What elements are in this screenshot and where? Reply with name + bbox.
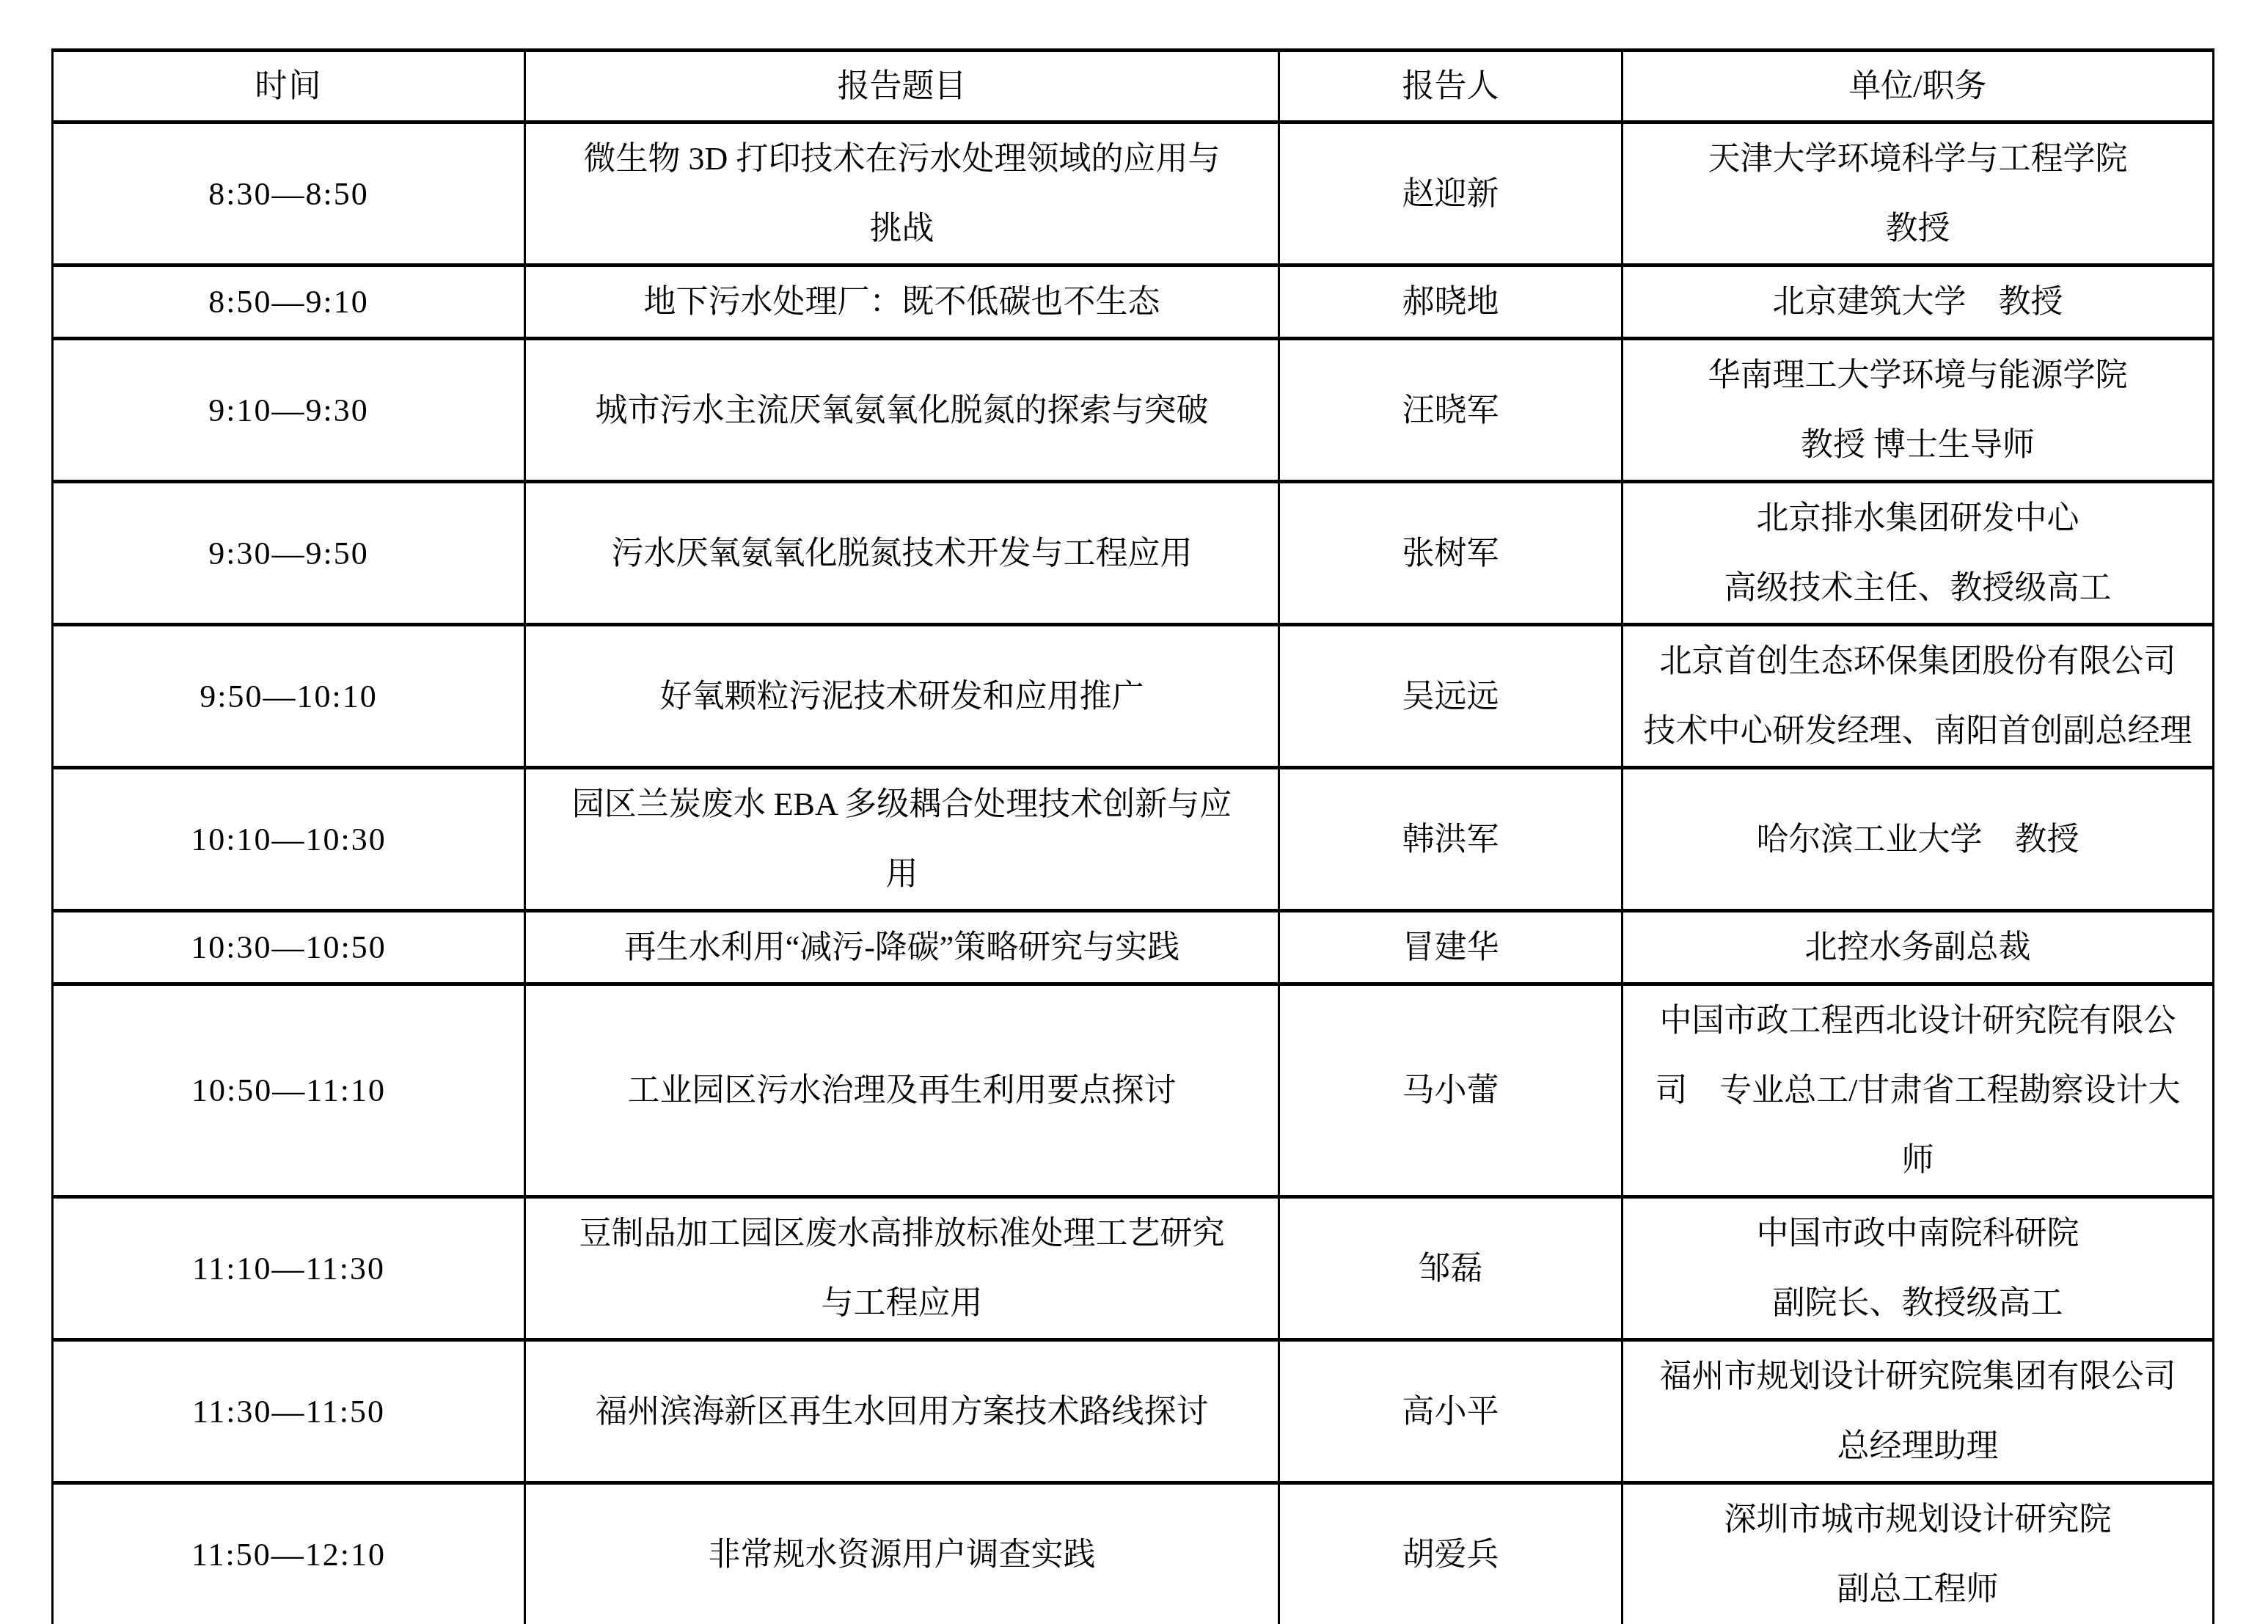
cell-time: 10:10—10:30 — [53, 768, 525, 911]
cell-time: 9:30—9:50 — [53, 482, 525, 625]
table-row: 9:30—9:50 污水厌氧氨氧化脱氮技术开发与工程应用 张树军 北京排水集团研… — [53, 482, 2214, 625]
cell-organization: 天津大学环境科学与工程学院 教授 — [1623, 122, 2214, 266]
table-header-row: 时间 报告题目 报告人 单位/职务 — [53, 51, 2214, 122]
cell-report-title: 豆制品加工园区废水高排放标准处理工艺研究 与工程应用 — [525, 1197, 1279, 1340]
cell-speaker: 汪晓军 — [1279, 339, 1623, 482]
table-row: 8:30—8:50 微生物 3D 打印技术在污水处理领域的应用与 挑战 赵迎新 … — [53, 122, 2214, 266]
cell-organization: 华南理工大学环境与能源学院 教授 博士生导师 — [1623, 339, 2214, 482]
cell-report-title: 地下污水处理厂：既不低碳也不生态 — [525, 266, 1279, 339]
cell-report-title: 好氧颗粒污泥技术研发和应用推广 — [525, 625, 1279, 768]
cell-speaker: 马小蕾 — [1279, 984, 1623, 1197]
column-header-org: 单位/职务 — [1623, 51, 2214, 122]
cell-organization: 哈尔滨工业大学 教授 — [1623, 768, 2214, 911]
cell-time: 10:30—10:50 — [53, 911, 525, 984]
column-header-title: 报告题目 — [525, 51, 1279, 122]
cell-organization: 北京首创生态环保集团股份有限公司 技术中心研发经理、南阳首创副总经理 — [1623, 625, 2214, 768]
table-row: 11:50—12:10 非常规水资源用户调查实践 胡爱兵 深圳市城市规划设计研究… — [53, 1483, 2214, 1624]
cell-organization: 中国市政中南院科研院 副院长、教授级高工 — [1623, 1197, 2214, 1340]
cell-report-title: 城市污水主流厌氧氨氧化脱氮的探索与突破 — [525, 339, 1279, 482]
table-row: 8:50—9:10 地下污水处理厂：既不低碳也不生态 郝晓地 北京建筑大学 教授 — [53, 266, 2214, 339]
cell-time: 10:50—11:10 — [53, 984, 525, 1197]
cell-time: 11:30—11:50 — [53, 1340, 525, 1483]
cell-time: 11:10—11:30 — [53, 1197, 525, 1340]
conference-schedule-table: 时间 报告题目 报告人 单位/职务 8:30—8:50 微生物 3D 打印技术在… — [51, 48, 2214, 1624]
cell-speaker: 邹磊 — [1279, 1197, 1623, 1340]
schedule-table-container: 时间 报告题目 报告人 单位/职务 8:30—8:50 微生物 3D 打印技术在… — [51, 48, 2214, 1624]
cell-report-title: 福州滨海新区再生水回用方案技术路线探讨 — [525, 1340, 1279, 1483]
table-row: 10:30—10:50 再生水利用“减污-降碳”策略研究与实践 冒建华 北控水务… — [53, 911, 2214, 984]
table-row: 10:50—11:10 工业园区污水治理及再生利用要点探讨 马小蕾 中国市政工程… — [53, 984, 2214, 1197]
column-header-speaker: 报告人 — [1279, 51, 1623, 122]
cell-organization: 中国市政工程西北设计研究院有限公 司 专业总工/甘肃省工程勘察设计大 师 — [1623, 984, 2214, 1197]
table-row: 9:50—10:10 好氧颗粒污泥技术研发和应用推广 吴远远 北京首创生态环保集… — [53, 625, 2214, 768]
table-row: 9:10—9:30 城市污水主流厌氧氨氧化脱氮的探索与突破 汪晓军 华南理工大学… — [53, 339, 2214, 482]
table-row: 10:10—10:30 园区兰炭废水 EBA 多级耦合处理技术创新与应 用 韩洪… — [53, 768, 2214, 911]
cell-speaker: 吴远远 — [1279, 625, 1623, 768]
table-row: 11:10—11:30 豆制品加工园区废水高排放标准处理工艺研究 与工程应用 邹… — [53, 1197, 2214, 1340]
cell-time: 8:50—9:10 — [53, 266, 525, 339]
cell-time: 11:50—12:10 — [53, 1483, 525, 1624]
cell-time: 9:10—9:30 — [53, 339, 525, 482]
cell-speaker: 冒建华 — [1279, 911, 1623, 984]
cell-organization: 北控水务副总裁 — [1623, 911, 2214, 984]
cell-organization: 北京建筑大学 教授 — [1623, 266, 2214, 339]
cell-speaker: 韩洪军 — [1279, 768, 1623, 911]
cell-speaker: 张树军 — [1279, 482, 1623, 625]
cell-organization: 福州市规划设计研究院集团有限公司 总经理助理 — [1623, 1340, 2214, 1483]
cell-time: 8:30—8:50 — [53, 122, 525, 266]
cell-speaker: 胡爱兵 — [1279, 1483, 1623, 1624]
cell-speaker: 赵迎新 — [1279, 122, 1623, 266]
cell-report-title: 工业园区污水治理及再生利用要点探讨 — [525, 984, 1279, 1197]
table-row: 11:30—11:50 福州滨海新区再生水回用方案技术路线探讨 高小平 福州市规… — [53, 1340, 2214, 1483]
cell-report-title: 园区兰炭废水 EBA 多级耦合处理技术创新与应 用 — [525, 768, 1279, 911]
cell-speaker: 高小平 — [1279, 1340, 1623, 1483]
column-header-time: 时间 — [53, 51, 525, 122]
cell-report-title: 再生水利用“减污-降碳”策略研究与实践 — [525, 911, 1279, 984]
cell-report-title: 微生物 3D 打印技术在污水处理领域的应用与 挑战 — [525, 122, 1279, 266]
cell-speaker: 郝晓地 — [1279, 266, 1623, 339]
cell-time: 9:50—10:10 — [53, 625, 525, 768]
cell-organization: 深圳市城市规划设计研究院 副总工程师 — [1623, 1483, 2214, 1624]
cell-organization: 北京排水集团研发中心 高级技术主任、教授级高工 — [1623, 482, 2214, 625]
cell-report-title: 非常规水资源用户调查实践 — [525, 1483, 1279, 1624]
table-body: 8:30—8:50 微生物 3D 打印技术在污水处理领域的应用与 挑战 赵迎新 … — [53, 122, 2214, 1624]
cell-report-title: 污水厌氧氨氧化脱氮技术开发与工程应用 — [525, 482, 1279, 625]
